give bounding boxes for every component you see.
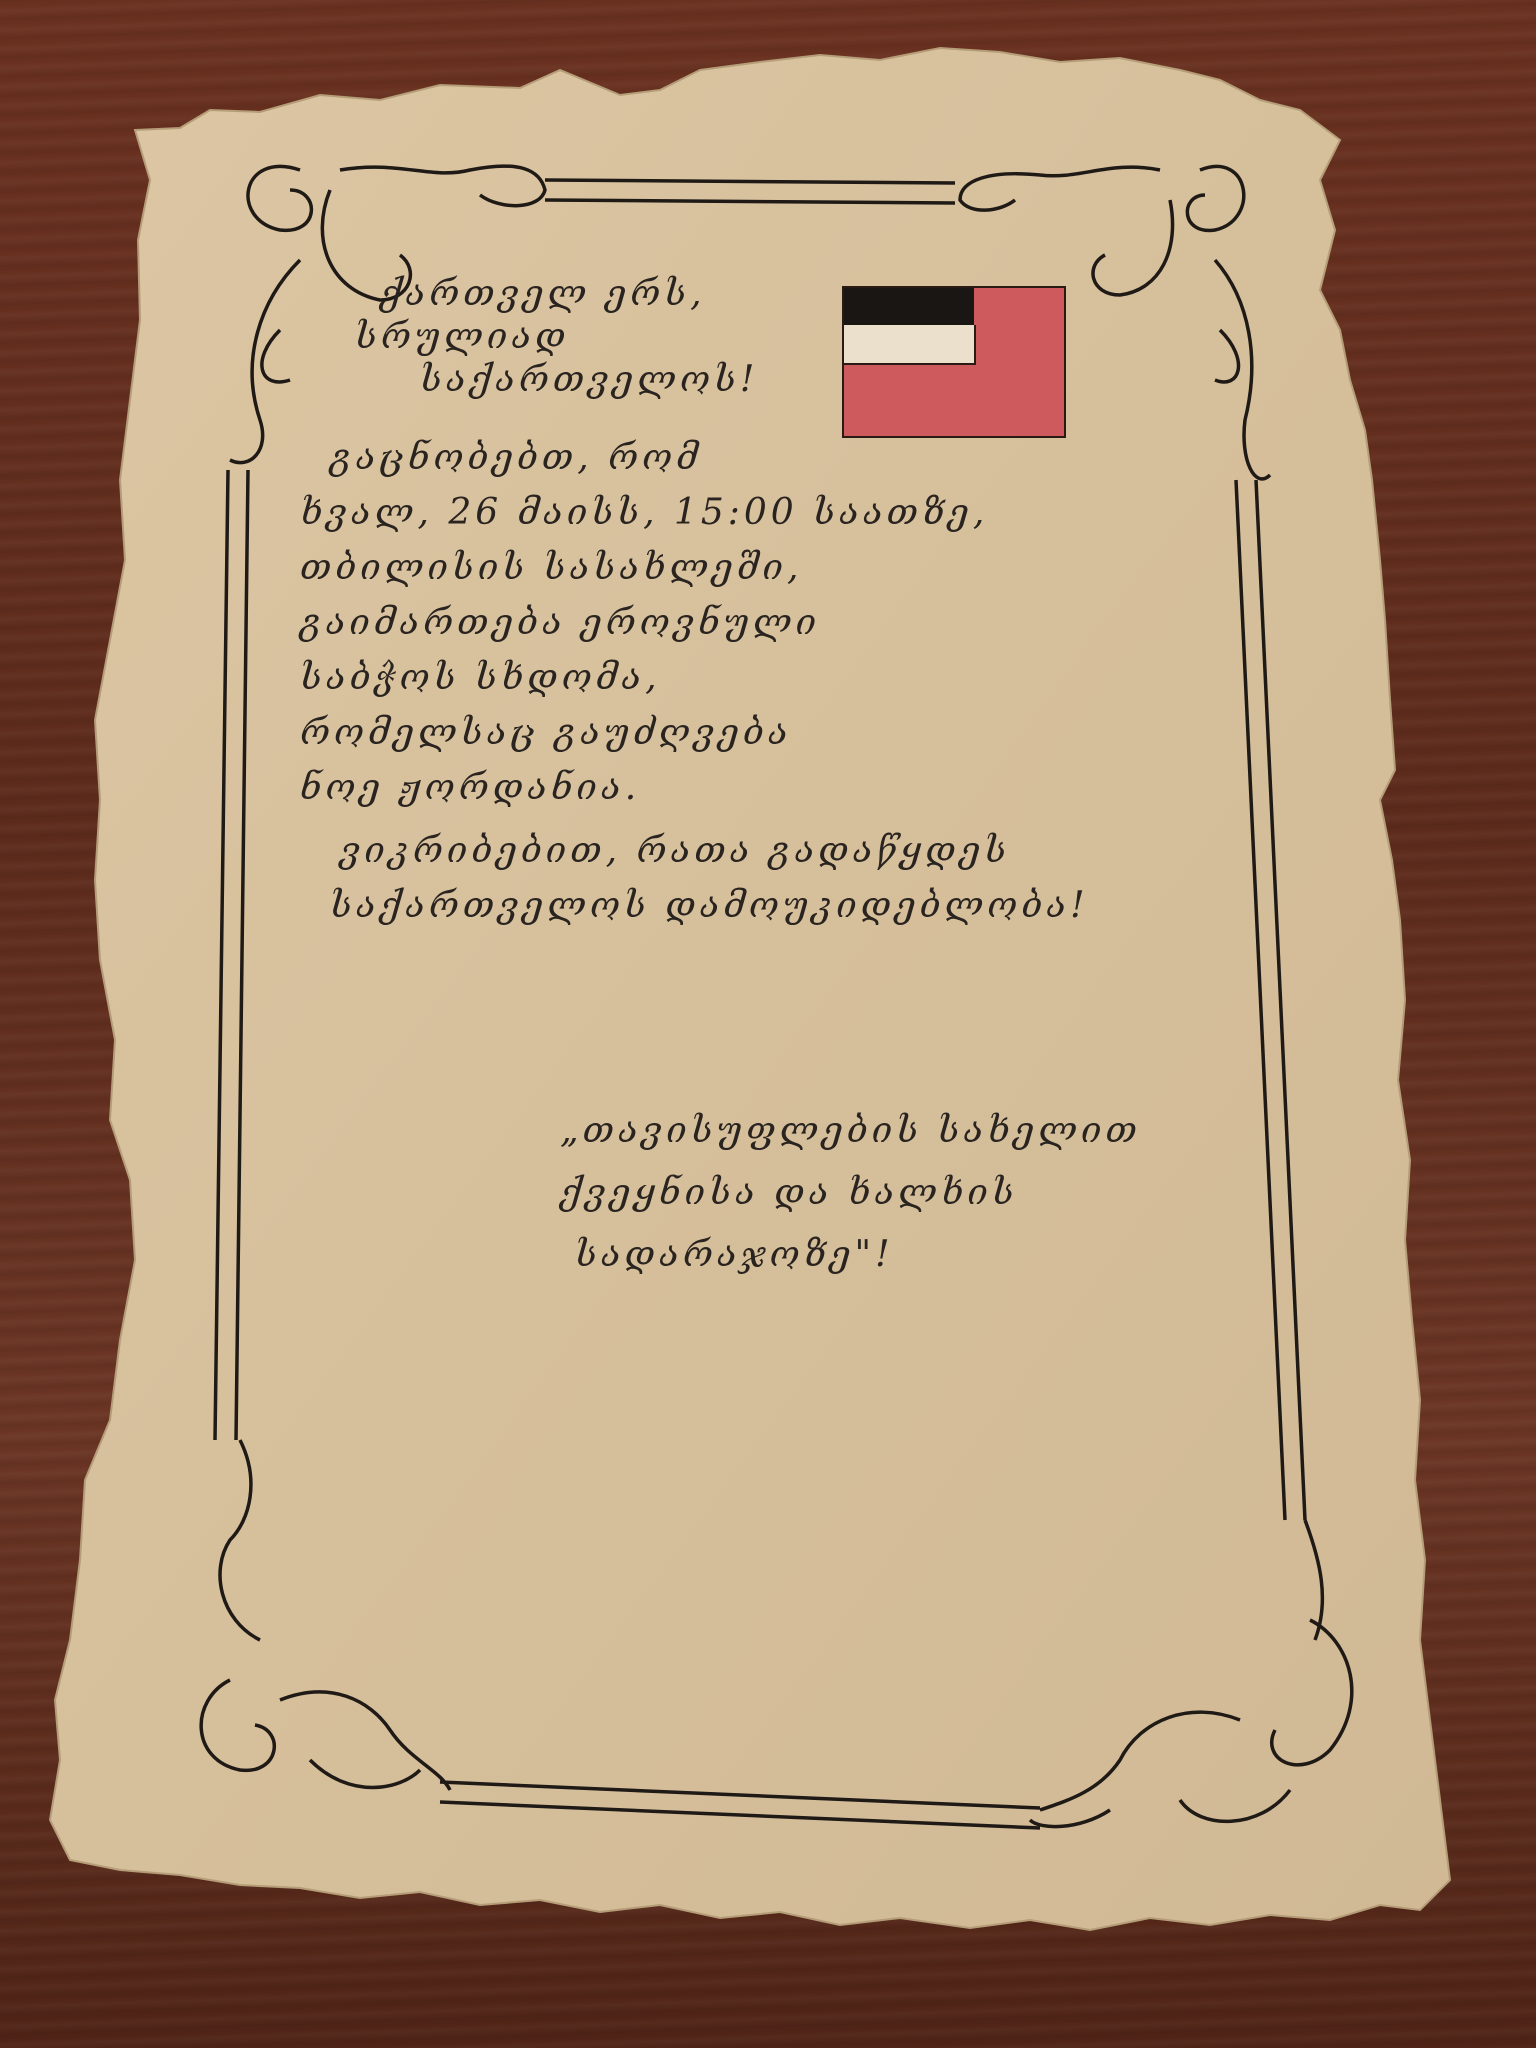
body-line: საქართველოს დამოუკიდებლობა! xyxy=(330,878,1089,933)
body-line: რომელსაც გაუძღვება xyxy=(300,705,1089,760)
motto: „თავისუფლების სახელით ქვეყნისა და ხალხის… xyxy=(560,1100,1141,1286)
body-line: ვიკრიბებით, რათა გადაწყდეს xyxy=(340,823,1089,878)
salutation: ქართველ ერს, სრულიად საქართველოს! xyxy=(380,272,758,402)
body-line: საბჭოს სხდომა, xyxy=(300,650,1089,705)
flag-canton-black xyxy=(844,288,974,325)
body-line: ნოე ჟორდანია. xyxy=(300,760,1089,815)
body-line: გაცნობებთ, რომ xyxy=(330,430,1089,485)
motto-line: „თავისუფლების სახელით xyxy=(560,1100,1141,1162)
motto-line: სადარაჯოზე"! xyxy=(575,1224,1141,1286)
salutation-line: ქართველ ერს, xyxy=(380,272,758,315)
salutation-line: საქართველოს! xyxy=(420,358,758,401)
torn-paper-sheet xyxy=(0,0,1536,2048)
body-line: ხვალ, 26 მაისს, 15:00 საათზე, xyxy=(300,485,1089,540)
motto-line: ქვეყნისა და ხალხის xyxy=(560,1162,1141,1224)
body-line: თბილისის სასახლეში, xyxy=(300,540,1089,595)
body-line: გაიმართება ეროვნული xyxy=(300,595,1089,650)
letter-body: გაცნობებთ, რომ ხვალ, 26 მაისს, 15:00 საა… xyxy=(300,430,1089,933)
flag-canton-white xyxy=(844,325,976,365)
georgian-flag-drawing xyxy=(842,286,1066,438)
salutation-line: სრულიად xyxy=(355,315,758,358)
